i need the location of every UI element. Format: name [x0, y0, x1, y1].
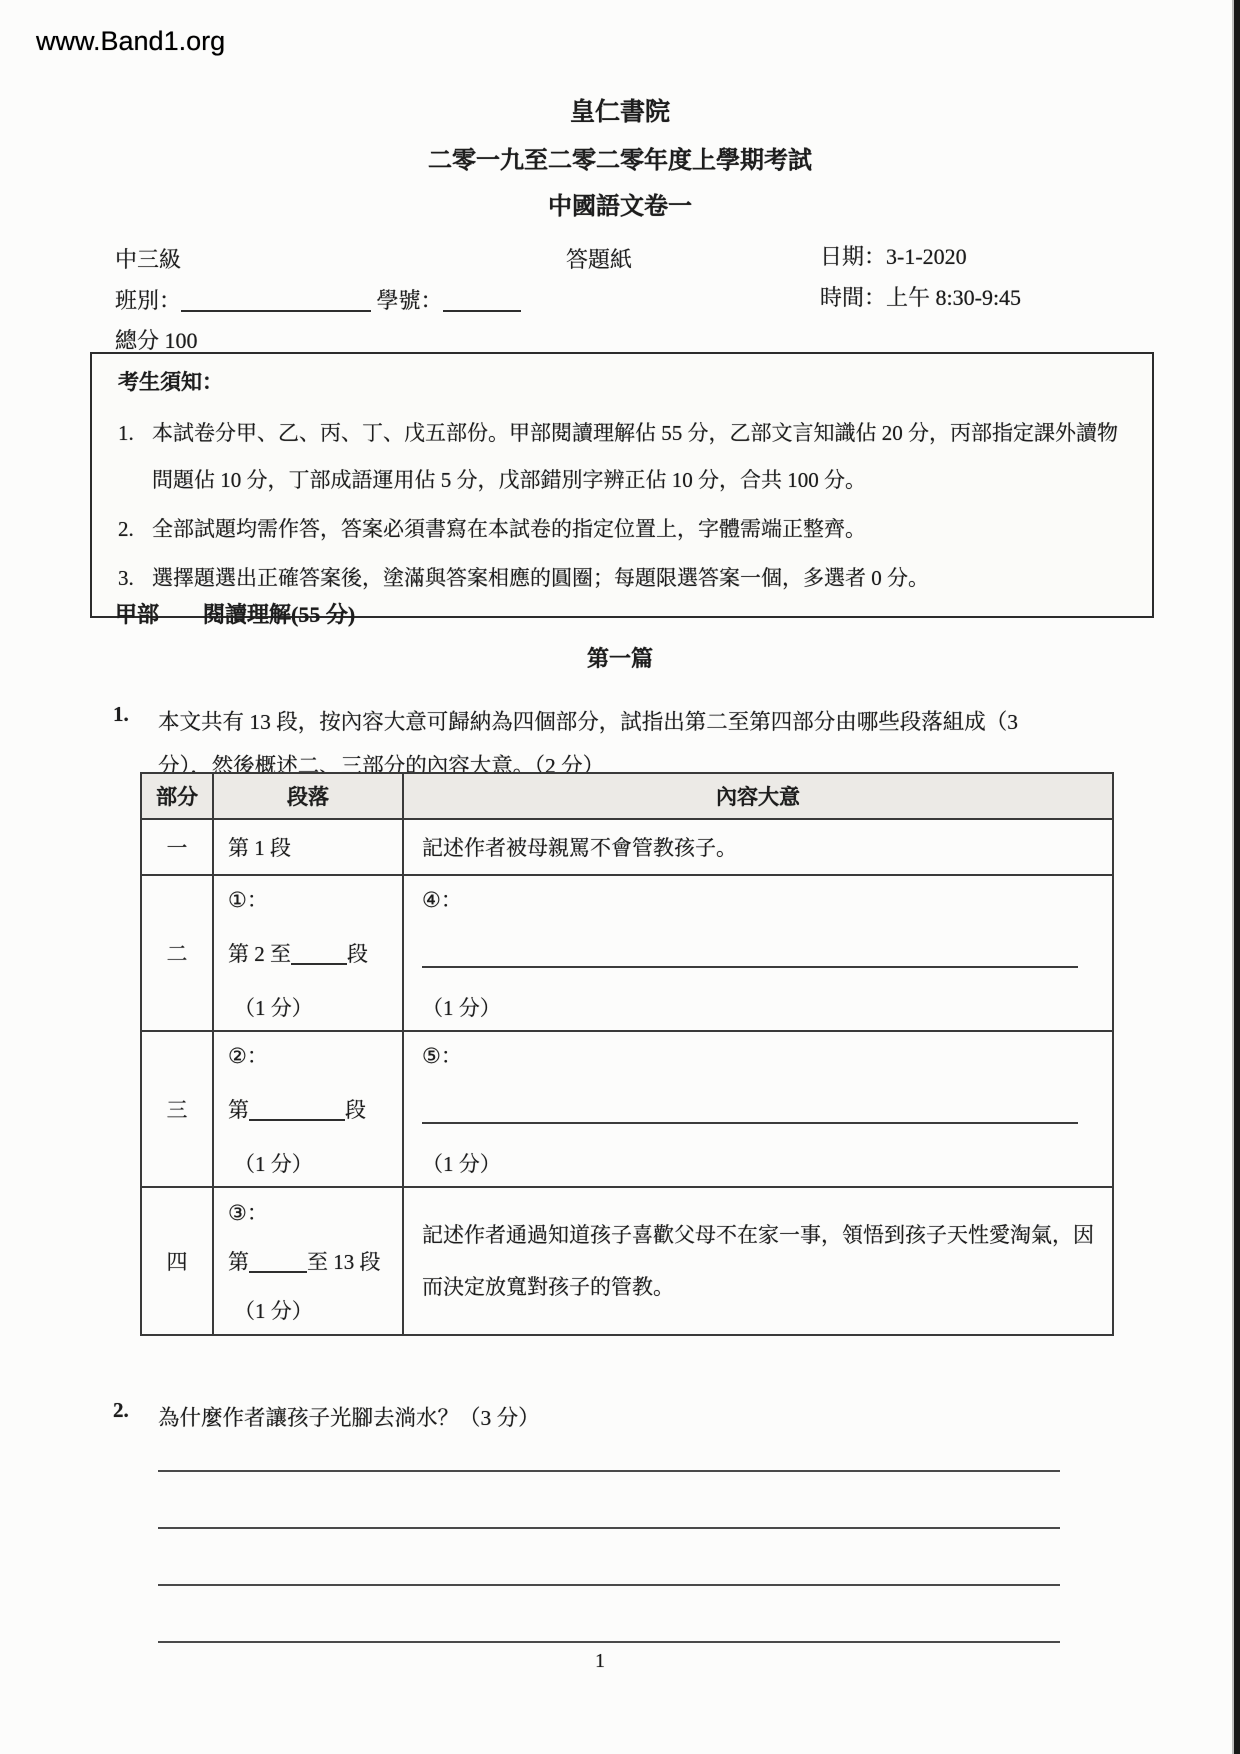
paper-title: 中國語文卷一 — [20, 186, 1220, 221]
student-no-label: 學號： — [377, 288, 443, 313]
q2-number: 2. — [113, 1398, 129, 1423]
row2-para-mark: （1 分） — [228, 992, 394, 1022]
page-number: 1 — [20, 1650, 1180, 1673]
row2-summary-mark: （1 分） — [422, 992, 1098, 1022]
table-header-row: 部分 段落 內容大意 — [141, 773, 1113, 819]
notice-item: 2. 全部試題均需作答，答案必須書寫在本試卷的指定位置上，字體需端正整齊。 — [118, 506, 1130, 553]
candidate-notice-box: 考生須知： 1. 本試卷分甲、乙、丙、丁、戊五部份。甲部閱讀理解佔 55 分，乙… — [90, 352, 1154, 618]
answer-line-2 — [158, 1527, 1060, 1529]
answer-line-1 — [158, 1470, 1060, 1472]
row2-para-blank-line — [291, 941, 347, 965]
row2-circle-1: ①： — [228, 884, 394, 914]
table-row-2: 二 ①： 第 2 至段 （1 分） ④： （1 分） — [141, 875, 1113, 1031]
row2-summary-blank-line — [422, 966, 1078, 968]
col-header-summary: 內容大意 — [403, 773, 1113, 819]
row2-circle-4: ④： — [422, 884, 1098, 914]
notice-item-text: 全部試題均需作答，答案必須書寫在本試卷的指定位置上，字體需端正整齊。 — [152, 506, 1130, 553]
row1-paragraphs: 第 1 段 — [213, 819, 403, 875]
exam-time: 時間：上午 8:30-9:45 — [820, 281, 1021, 312]
row3-circle-2: ②： — [228, 1040, 394, 1070]
section-heading: 甲部閱讀理解(55 分) — [115, 598, 355, 629]
row1-summary: 記述作者被母親罵不會管教孩子。 — [403, 819, 1113, 875]
col-header-part: 部分 — [141, 773, 213, 819]
answer-line-3 — [158, 1584, 1060, 1586]
site-watermark: www.Band1.org — [36, 26, 225, 57]
row4-para-blank-line — [249, 1249, 307, 1273]
class-field: 班別： 學號： — [115, 284, 521, 315]
row4-summary: 記述作者通過知道孩子喜歡父母不在家一事，領悟到孩子天性愛淘氣，因而決定放寬對孩子… — [403, 1187, 1113, 1335]
q1-answer-table: 部分 段落 內容大意 一 第 1 段 記述作者被母親罵不會管教孩子。 二 ①： … — [140, 772, 1114, 1336]
row3-summary: ⑤： （1 分） — [403, 1031, 1113, 1187]
row3-paragraph-blank: 第段 — [228, 1094, 394, 1124]
row3-para-blank-line — [249, 1097, 345, 1121]
row4-para-mark: （1 分） — [228, 1295, 394, 1325]
notice-item-number: 1. — [118, 410, 152, 504]
passage-title: 第一篇 — [20, 642, 1220, 673]
exam-date: 日期：3-1-2020 — [820, 240, 967, 271]
row3-circle-5: ⑤： — [422, 1040, 1098, 1070]
row2-paragraphs: ①： 第 2 至段 （1 分） — [213, 875, 403, 1031]
notice-item-number: 2. — [118, 506, 152, 553]
notice-title: 考生須知： — [118, 366, 1130, 396]
answer-sheet-label: 答題紙 — [566, 243, 632, 274]
table-row-3: 三 ②： 第段 （1 分） ⑤： （1 分） — [141, 1031, 1113, 1187]
row4-paragraphs: ③： 第至 13 段 （1 分） — [213, 1187, 403, 1335]
total-score: 總分 100 — [115, 324, 198, 355]
class-label: 班別： — [115, 288, 181, 313]
row3-summary-mark: （1 分） — [422, 1148, 1098, 1178]
row1-part: 一 — [141, 819, 213, 875]
student-no-blank — [443, 288, 521, 312]
row4-part: 四 — [141, 1187, 213, 1335]
notice-item-text: 選擇題選出正確答案後，塗滿與答案相應的圓圈；每題限選答案一個，多選者 0 分。 — [152, 555, 1130, 602]
school-name: 皇仁書院 — [20, 92, 1220, 128]
scanned-exam-page: www.Band1.org 皇仁書院 二零一九至二零二零年度上學期考試 中國語文… — [0, 0, 1240, 1754]
section-part-title: 閱讀理解(55 分) — [203, 602, 355, 627]
class-blank — [181, 288, 371, 312]
q2-text: 為什麼作者讓孩子光腳去淌水？（3 分） — [158, 1396, 1058, 1440]
answer-line-4 — [158, 1641, 1060, 1643]
row3-para-mark: （1 分） — [228, 1148, 394, 1178]
notice-item-text: 本試卷分甲、乙、丙、丁、戊五部份。甲部閱讀理解佔 55 分，乙部文言知識佔 20… — [152, 410, 1130, 504]
table-row-1: 一 第 1 段 記述作者被母親罵不會管教孩子。 — [141, 819, 1113, 875]
notice-item-number: 3. — [118, 555, 152, 602]
section-part-label: 甲部 — [115, 602, 159, 627]
row2-part: 二 — [141, 875, 213, 1031]
notice-item: 1. 本試卷分甲、乙、丙、丁、戊五部份。甲部閱讀理解佔 55 分，乙部文言知識佔… — [118, 410, 1130, 504]
row3-part: 三 — [141, 1031, 213, 1187]
row3-paragraphs: ②： 第段 （1 分） — [213, 1031, 403, 1187]
row4-circle-3: ③： — [228, 1197, 394, 1227]
row4-paragraph-blank: 第至 13 段 — [228, 1246, 394, 1276]
col-header-paragraphs: 段落 — [213, 773, 403, 819]
table-row-4: 四 ③： 第至 13 段 （1 分） 記述作者通過知道孩子喜歡父母不在家一事，領… — [141, 1187, 1113, 1335]
notice-item: 3. 選擇題選出正確答案後，塗滿與答案相應的圓圈；每題限選答案一個，多選者 0 … — [118, 555, 1130, 602]
q1-number: 1. — [113, 702, 129, 727]
grade-label: 中三級 — [115, 243, 181, 274]
row2-paragraph-blank: 第 2 至段 — [228, 938, 394, 968]
exam-session: 二零一九至二零二零年度上學期考試 — [20, 140, 1220, 175]
row2-summary: ④： （1 分） — [403, 875, 1113, 1031]
scan-edge-artifact — [1234, 0, 1240, 1754]
row3-summary-blank-line — [422, 1122, 1078, 1124]
